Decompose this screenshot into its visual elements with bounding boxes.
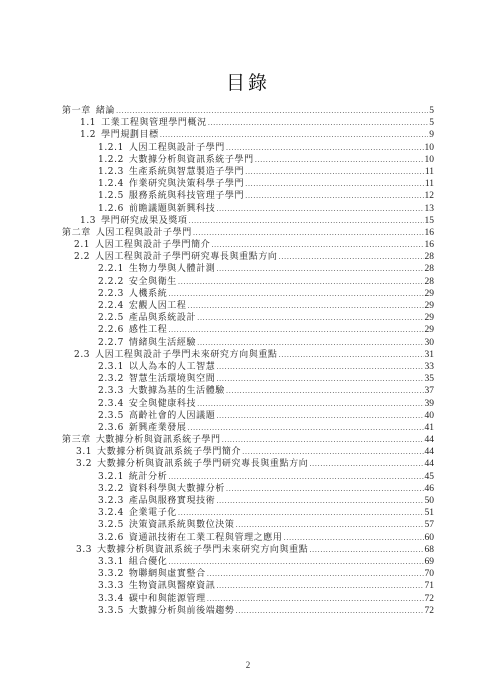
toc-page-number: 11 xyxy=(425,178,434,190)
dot-leader xyxy=(242,446,423,458)
dot-leader xyxy=(197,312,423,324)
toc-entry-label: 3.3.3生物資訊與醫療資訊 xyxy=(98,580,215,592)
toc-page-number: 13 xyxy=(425,203,435,215)
toc-section-number: 1.2.6 xyxy=(98,204,124,214)
toc-entry-label: 2.2人因工程與設計子學門研究專長與重點方向 xyxy=(74,251,278,263)
toc-section-number: 1.2.4 xyxy=(98,179,124,189)
dot-leader xyxy=(160,129,429,141)
toc-entry[interactable]: 第一章緒論5 xyxy=(62,105,434,117)
toc-entry-label: 2.3.5高齡社會的人因議題 xyxy=(98,410,215,422)
dot-leader xyxy=(216,203,423,215)
toc-page-number: 46 xyxy=(425,483,435,495)
dot-leader xyxy=(245,190,423,202)
toc-section-number: 3.2.3 xyxy=(98,496,124,506)
toc-entry[interactable]: 3.2.4企業電子化51 xyxy=(62,507,434,519)
toc-page-number: 57 xyxy=(425,519,435,531)
toc-page-number: 60 xyxy=(425,532,435,544)
dot-leader xyxy=(279,251,424,263)
toc-section-title: 大數據為基的生活體驗 xyxy=(129,386,225,396)
dot-leader xyxy=(116,105,428,117)
toc-entry[interactable]: 1.2.3生產系統與智慧製造子學門11 xyxy=(62,166,434,178)
toc-entry-label: 3.3.5大數據分析與前後端趨勢 xyxy=(98,605,235,617)
toc-entry-label: 2.2.3人機系統 xyxy=(98,288,167,300)
toc-section-number: 1.3 xyxy=(80,216,96,226)
dot-leader xyxy=(168,556,423,568)
toc-page-number: 28 xyxy=(425,276,435,288)
dot-leader xyxy=(216,410,423,422)
toc-entry-label: 3.2.2資料科學與大數據分析 xyxy=(98,483,225,495)
toc-entry[interactable]: 2.1人因工程與設計子學門簡介16 xyxy=(62,239,434,251)
toc-entry-label: 第一章緒論 xyxy=(62,105,115,117)
toc-entry-label: 3.3大數據分析與資訊系統子學門未來研究方向與重點 xyxy=(76,544,308,556)
toc-section-number: 3.2.6 xyxy=(98,533,124,543)
toc-entry-label: 1.2.3生產系統與智慧製造子學門 xyxy=(98,166,244,178)
toc-section-number: 2.2.5 xyxy=(98,313,124,323)
toc-entry-label: 3.2.5決策資訊系統與數位決策 xyxy=(98,519,235,531)
toc-section-number: 2.3 xyxy=(74,350,90,360)
toc-page-number: 29 xyxy=(425,312,435,324)
toc-section-title: 統計分析 xyxy=(129,472,167,482)
toc-entry-label: 2.2.6感性工程 xyxy=(98,324,167,336)
toc-entry[interactable]: 1.2學門規劃目標9 xyxy=(62,129,434,141)
toc-section-title: 大數據分析與前後端趨勢 xyxy=(129,606,235,616)
toc-page-number: 5 xyxy=(429,105,434,117)
page-number: 2 xyxy=(0,660,496,670)
toc-section-title: 學門規劃目標 xyxy=(101,130,159,140)
toc-entry-label: 2.3.4安全與健康科技 xyxy=(98,398,196,410)
toc-section-number: 3.2.5 xyxy=(98,520,124,530)
toc-page-number: 44 xyxy=(425,446,435,458)
dot-leader xyxy=(284,532,424,544)
toc-section-number: 2.3.6 xyxy=(98,423,124,433)
toc-section-number: 1.2.5 xyxy=(98,191,124,201)
toc-section-number: 3.3.5 xyxy=(98,606,124,616)
toc-entry[interactable]: 2.2.3人機系統29 xyxy=(62,288,434,300)
toc-entry-label: 3.2.4企業電子化 xyxy=(98,507,177,519)
toc-page-number: 72 xyxy=(425,605,435,617)
dot-leader xyxy=(188,422,424,434)
toc-section-number: 3.2.1 xyxy=(98,472,124,482)
toc-entry[interactable]: 3.3.2物聯網與虛實整合70 xyxy=(62,568,434,580)
toc-entry-label: 3.2大數據分析與資訊系統子學門研究專長與重點方向 xyxy=(76,458,308,470)
dot-leader xyxy=(193,227,424,239)
toc-section-number: 2.1 xyxy=(74,240,90,250)
toc-section-title: 作業研究與決策科學子學門 xyxy=(129,179,244,189)
toc-entry[interactable]: 2.3.5高齡社會的人因議題40 xyxy=(62,410,434,422)
dot-leader xyxy=(211,239,423,251)
toc-section-number: 2.2 xyxy=(74,252,90,262)
toc-entry[interactable]: 1.2.5服務系統與科技管理子學門12 xyxy=(62,190,434,202)
toc-entry[interactable]: 3.3.3生物資訊與醫療資訊71 xyxy=(62,580,434,592)
toc-section-title: 以人為本的人工智慧 xyxy=(129,362,215,372)
toc-section-title: 新興產業發展 xyxy=(129,423,187,433)
toc-section-number: 2.2.2 xyxy=(98,277,124,287)
toc-entry-label: 3.3.1組合優化 xyxy=(98,556,167,568)
dot-leader xyxy=(216,361,423,373)
toc-page-number: 10 xyxy=(425,154,435,166)
toc-section-number: 1.2 xyxy=(80,130,96,140)
dot-leader xyxy=(279,349,424,361)
toc-entry[interactable]: 3.2.1統計分析45 xyxy=(62,471,434,483)
toc-entry[interactable]: 2.2.4宏觀人因工程29 xyxy=(62,300,434,312)
toc-page-number: 69 xyxy=(425,556,435,568)
toc-entry[interactable]: 2.3人因工程與設計子學門未來研究方向與重點31 xyxy=(62,349,434,361)
toc-section-title: 大數據分析與資訊系統子學門簡介 xyxy=(97,447,241,457)
dot-leader xyxy=(245,178,424,190)
toc-page-number: 9 xyxy=(429,129,434,141)
toc-page-number: 16 xyxy=(425,227,435,239)
dot-leader xyxy=(309,458,423,470)
toc-section-number: 2.3.1 xyxy=(98,362,124,372)
toc-section-number: 3.2.2 xyxy=(98,484,124,494)
toc-entry-label: 1.2.4作業研究與決策科學子學門 xyxy=(98,178,244,190)
toc-section-number: 3.2 xyxy=(76,459,92,469)
toc-section-number: 2.3.4 xyxy=(98,399,124,409)
toc-page-number: 12 xyxy=(425,190,435,202)
toc-section-number: 第三章 xyxy=(62,435,91,445)
toc-entry-label: 第二章人因工程與設計子學門 xyxy=(62,227,192,239)
toc-entry[interactable]: 第三章大數據分析與資訊系統子學門44 xyxy=(62,434,434,446)
dot-leader xyxy=(168,324,423,336)
toc-section-title: 生產系統與智慧製造子學門 xyxy=(129,167,244,177)
toc-section-title: 安全與健康科技 xyxy=(129,399,196,409)
toc-entry[interactable]: 1.2.1人因工程與設計子學門10 xyxy=(62,142,434,154)
toc-section-title: 智慧生活環境與空間 xyxy=(129,374,215,384)
toc-section-number: 3.3.2 xyxy=(98,569,124,579)
toc-entry-label: 2.2.7情緒與生活經驗 xyxy=(98,337,196,349)
toc-entry-label: 2.3.6新興產業發展 xyxy=(98,422,187,434)
toc-entry-label: 2.2.5產品與系統設計 xyxy=(98,312,196,324)
dot-leader xyxy=(236,519,424,531)
toc-page-number: 29 xyxy=(425,324,435,336)
toc-entry-label: 1.2.2大數據分析與資訊系統子學門 xyxy=(98,154,254,166)
toc-section-number: 2.3.2 xyxy=(98,374,124,384)
toc-entry[interactable]: 2.3.4安全與健康科技39 xyxy=(62,398,434,410)
toc-page-number: 70 xyxy=(425,568,435,580)
toc-section-number: 3.2.4 xyxy=(98,508,124,518)
toc-section-title: 大數據分析與資訊系統子學門未來研究方向與重點 xyxy=(97,545,308,555)
toc-page-number: 40 xyxy=(425,410,435,422)
toc-section-title: 企業電子化 xyxy=(129,508,177,518)
toc-entry-label: 2.1人因工程與設計子學門簡介 xyxy=(74,239,210,251)
toc-entry-label: 2.3.2智慧生活環境與空間 xyxy=(98,373,215,385)
toc-entry[interactable]: 3.3.1組合優化69 xyxy=(62,556,434,568)
toc-entry[interactable]: 2.3.6新興產業發展41 xyxy=(62,422,434,434)
toc-entry[interactable]: 1.2.6前瞻議題與新興科技13 xyxy=(62,203,434,215)
toc-page-number: 29 xyxy=(425,300,435,312)
toc-section-number: 2.2.1 xyxy=(98,264,124,274)
toc-section-number: 1.2.3 xyxy=(98,167,124,177)
toc-section-title: 大數據分析與資訊系統子學門研究專長與重點方向 xyxy=(97,459,308,469)
toc-entry-label: 3.3.2物聯網與虛實整合 xyxy=(98,568,206,580)
toc-page-number: 10 xyxy=(425,142,435,154)
toc-section-title: 感性工程 xyxy=(129,325,167,335)
toc-page-number: 29 xyxy=(425,288,435,300)
toc-page-number: 31 xyxy=(425,349,435,361)
toc-section-title: 人機系統 xyxy=(129,289,167,299)
toc-page-number: 45 xyxy=(425,471,435,483)
toc-entry-label: 3.3.4碳中和與能源管理 xyxy=(98,593,206,605)
toc-entry-label: 2.2.1生物力學與人體計測 xyxy=(98,263,215,275)
dot-leader xyxy=(207,593,424,605)
toc-entry-label: 1.2學門規劃目標 xyxy=(80,129,159,141)
toc-section-number: 1.2.2 xyxy=(98,155,124,165)
toc-page-number: 41 xyxy=(425,422,435,434)
toc-entry[interactable]: 2.2.5產品與系統設計29 xyxy=(62,312,434,324)
toc-page-number: 28 xyxy=(425,263,435,275)
toc-page-number: 51 xyxy=(425,507,435,519)
toc-section-title: 決策資訊系統與數位決策 xyxy=(129,520,235,530)
toc-section-number: 1.1 xyxy=(80,118,96,128)
dot-leader xyxy=(208,117,429,129)
toc-section-title: 工業工程與管理學門概況 xyxy=(101,118,207,128)
table-of-contents: 第一章緒論51.1工業工程與管理學門概況51.2學門規劃目標91.2.1人因工程… xyxy=(62,105,434,617)
toc-page-number: 35 xyxy=(425,373,435,385)
toc-entry-label: 1.3學門研究成果及獎項 xyxy=(80,215,188,227)
toc-section-title: 組合優化 xyxy=(129,557,167,567)
toc-entry-label: 1.1工業工程與管理學門概況 xyxy=(80,117,207,129)
toc-page-number: 68 xyxy=(425,544,435,556)
toc-section-title: 生物力學與人體計測 xyxy=(129,264,215,274)
toc-page-number: 39 xyxy=(425,398,435,410)
toc-section-number: 3.3.3 xyxy=(98,581,124,591)
toc-section-title: 產品與服務實現技術 xyxy=(129,496,215,506)
dot-leader xyxy=(168,288,423,300)
toc-entry[interactable]: 2.2.2安全與衛生28 xyxy=(62,276,434,288)
toc-section-title: 人因工程與設計子學門 xyxy=(96,228,192,238)
toc-entry-label: 2.2.4宏觀人因工程 xyxy=(98,300,187,312)
toc-section-title: 宏觀人因工程 xyxy=(129,301,187,311)
dot-leader xyxy=(236,605,424,617)
toc-section-number: 2.3.3 xyxy=(98,386,124,396)
toc-page-number: 30 xyxy=(425,337,435,349)
toc-page-number: 37 xyxy=(425,385,435,397)
toc-page-number: 33 xyxy=(425,361,435,373)
toc-entry-label: 3.2.1統計分析 xyxy=(98,471,167,483)
toc-section-number: 3.3.1 xyxy=(98,557,124,567)
toc-section-number: 第一章 xyxy=(62,106,91,116)
toc-entry-label: 3.1大數據分析與資訊系統子學門簡介 xyxy=(76,446,241,458)
toc-section-title: 碳中和與能源管理 xyxy=(129,594,206,604)
toc-section-number: 2.2.7 xyxy=(98,338,124,348)
toc-section-title: 人因工程與設計子學門研究專長與重點方向 xyxy=(95,252,277,262)
toc-page-number: 16 xyxy=(425,239,435,251)
toc-entry[interactable]: 3.3.5大數據分析與前後端趨勢72 xyxy=(62,605,434,617)
toc-section-title: 前瞻議題與新興科技 xyxy=(129,204,215,214)
toc-section-number: 3.3.4 xyxy=(98,594,124,604)
toc-entry[interactable]: 1.1工業工程與管理學門概況5 xyxy=(62,117,434,129)
toc-section-title: 服務系統與科技管理子學門 xyxy=(129,191,244,201)
dot-leader xyxy=(226,385,424,397)
toc-entry[interactable]: 1.3學門研究成果及獎項15 xyxy=(62,215,434,227)
toc-entry[interactable]: 3.3.4碳中和與能源管理72 xyxy=(62,593,434,605)
toc-section-title: 物聯網與虛實整合 xyxy=(129,569,206,579)
dot-leader xyxy=(197,398,423,410)
dot-leader xyxy=(216,580,423,592)
toc-entry[interactable]: 3.3大數據分析與資訊系統子學門未來研究方向與重點68 xyxy=(62,544,434,556)
toc-page-number: 11 xyxy=(425,166,434,178)
toc-entry-label: 第三章大數據分析與資訊系統子學門 xyxy=(62,434,221,446)
dot-leader xyxy=(178,276,424,288)
dot-leader xyxy=(226,483,424,495)
toc-section-title: 學門研究成果及獎項 xyxy=(101,216,187,226)
dot-leader xyxy=(168,471,423,483)
toc-entry[interactable]: 2.2.7情緒與生活經驗30 xyxy=(62,337,434,349)
toc-page-number: 28 xyxy=(425,251,435,263)
toc-entry-label: 2.2.2安全與衛生 xyxy=(98,276,177,288)
dot-leader xyxy=(197,337,423,349)
toc-entry[interactable]: 1.2.2大數據分析與資訊系統子學門10 xyxy=(62,154,434,166)
toc-section-title: 產品與系統設計 xyxy=(129,313,196,323)
toc-section-title: 緒論 xyxy=(96,106,115,116)
toc-page-number: 44 xyxy=(425,458,435,470)
toc-section-number: 3.1 xyxy=(76,447,92,457)
toc-section-number: 第二章 xyxy=(62,228,91,238)
toc-entry[interactable]: 3.2大數據分析與資訊系統子學門研究專長與重點方向44 xyxy=(62,458,434,470)
toc-section-title: 大數據分析與資訊系統子學門 xyxy=(129,155,254,165)
toc-entry-label: 1.2.5服務系統與科技管理子學門 xyxy=(98,190,244,202)
toc-entry[interactable]: 3.2.6資通訊技術在工業工程與管理之應用60 xyxy=(62,532,434,544)
toc-entry[interactable]: 2.2.6感性工程29 xyxy=(62,324,434,336)
toc-entry-label: 1.2.1人因工程與設計子學門 xyxy=(98,142,225,154)
toc-section-title: 資料科學與大數據分析 xyxy=(129,484,225,494)
dot-leader xyxy=(222,434,424,446)
toc-page-number: 50 xyxy=(425,495,435,507)
toc-page-number: 15 xyxy=(425,215,435,227)
toc-section-title: 生物資訊與醫療資訊 xyxy=(129,581,215,591)
toc-section-title: 安全與衛生 xyxy=(129,277,177,287)
dot-leader xyxy=(216,263,423,275)
dot-leader xyxy=(216,373,423,385)
toc-page-number: 5 xyxy=(429,117,434,129)
toc-entry[interactable]: 1.2.4作業研究與決策科學子學門11 xyxy=(62,178,434,190)
dot-leader xyxy=(255,154,424,166)
toc-entry-label: 2.3.1以人為本的人工智慧 xyxy=(98,361,215,373)
toc-entry-label: 1.2.6前瞻議題與新興科技 xyxy=(98,203,215,215)
toc-entry[interactable]: 2.2人因工程與設計子學門研究專長與重點方向28 xyxy=(62,251,434,263)
toc-page-number: 44 xyxy=(425,434,435,446)
toc-entry[interactable]: 2.3.1以人為本的人工智慧33 xyxy=(62,361,434,373)
dot-leader xyxy=(309,544,423,556)
toc-page-number: 71 xyxy=(425,580,435,592)
dot-leader xyxy=(178,507,424,519)
toc-section-title: 情緒與生活經驗 xyxy=(129,338,196,348)
toc-section-number: 2.2.3 xyxy=(98,289,124,299)
toc-entry-label: 2.3.3大數據為基的生活體驗 xyxy=(98,385,225,397)
dot-leader xyxy=(188,300,424,312)
toc-entry[interactable]: 第二章人因工程與設計子學門16 xyxy=(62,227,434,239)
toc-entry-label: 3.2.6資通訊技術在工業工程與管理之應用 xyxy=(98,532,283,544)
dot-leader xyxy=(189,215,424,227)
toc-section-title: 人因工程與設計子學門簡介 xyxy=(95,240,210,250)
toc-section-title: 人因工程與設計子學門 xyxy=(129,143,225,153)
toc-entry-label: 3.2.3產品與服務實現技術 xyxy=(98,495,215,507)
page-title: 目錄 xyxy=(0,68,496,95)
toc-section-title: 資通訊技術在工業工程與管理之應用 xyxy=(129,533,283,543)
toc-section-number: 2.2.4 xyxy=(98,301,124,311)
toc-entry[interactable]: 3.2.3產品與服務實現技術50 xyxy=(62,495,434,507)
toc-entry-label: 2.3人因工程與設計子學門未來研究方向與重點 xyxy=(74,349,278,361)
toc-page-number: 72 xyxy=(425,593,435,605)
toc-section-number: 2.2.6 xyxy=(98,325,124,335)
toc-entry[interactable]: 3.2.5決策資訊系統與數位決策57 xyxy=(62,519,434,531)
toc-section-title: 人因工程與設計子學門未來研究方向與重點 xyxy=(95,350,277,360)
toc-entry[interactable]: 2.2.1生物力學與人體計測28 xyxy=(62,263,434,275)
toc-section-number: 2.3.5 xyxy=(98,411,124,421)
toc-section-number: 3.3 xyxy=(76,545,92,555)
dot-leader xyxy=(216,495,423,507)
toc-entry[interactable]: 2.3.3大數據為基的生活體驗37 xyxy=(62,385,434,397)
toc-entry[interactable]: 3.1大數據分析與資訊系統子學門簡介44 xyxy=(62,446,434,458)
toc-section-title: 大數據分析與資訊系統子學門 xyxy=(96,435,221,445)
toc-entry[interactable]: 2.3.2智慧生活環境與空間35 xyxy=(62,373,434,385)
dot-leader xyxy=(207,568,424,580)
toc-entry[interactable]: 3.2.2資料科學與大數據分析46 xyxy=(62,483,434,495)
toc-section-title: 高齡社會的人因議題 xyxy=(129,411,215,421)
dot-leader xyxy=(245,166,424,178)
dot-leader xyxy=(226,142,424,154)
toc-section-number: 1.2.1 xyxy=(98,143,124,153)
